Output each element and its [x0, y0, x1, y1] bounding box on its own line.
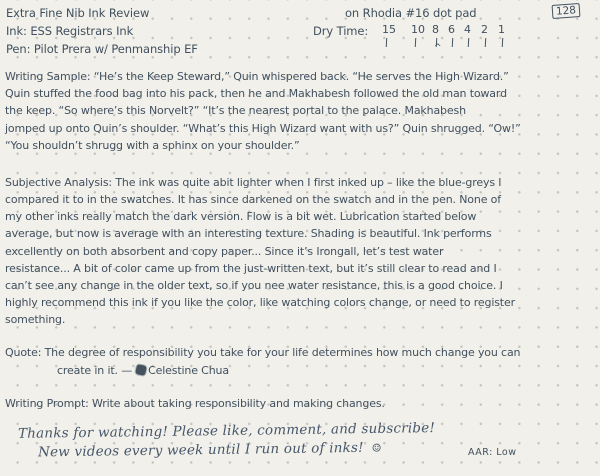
dry-time-value: 15	[382, 23, 396, 36]
quote-line-prefix: create in it. —	[57, 364, 132, 377]
writing-prompt-line: Writing Prompt: Write about taking respo…	[5, 397, 385, 410]
notebook-page: Extra Fine Nib Ink Review Ink: ESS Regis…	[0, 0, 600, 476]
page-number-badge: 128	[552, 3, 581, 19]
tick-mark-icon	[386, 38, 388, 47]
closing-line-1: Thanks for watching! Please like, commen…	[18, 420, 435, 442]
analysis-line: resistance... A bit of color came up fro…	[5, 262, 497, 275]
quote-attribution-line: create in it. —Celestine Chua	[57, 364, 229, 377]
analysis-line: excellently on both absorbent and copy p…	[5, 245, 443, 258]
closing-line-2: New videos every week until I run out of…	[38, 440, 382, 461]
dry-time-value: 4	[464, 23, 471, 36]
analysis-line: something.	[5, 313, 65, 326]
smiley-icon: ☺	[364, 442, 382, 455]
dry-time-mark: 1	[498, 23, 514, 47]
analysis-line: can’t see any change in the older text, …	[5, 279, 503, 292]
writing-sample-line: “You shouldn’t shrugg with a sphinx on y…	[5, 139, 300, 152]
tick-mark-icon	[415, 38, 417, 47]
tick-mark-icon	[502, 38, 504, 47]
tick-mark-icon	[468, 38, 470, 47]
dry-time-mark: 6	[448, 23, 464, 47]
analysis-line: compared it to in the swatches. It has s…	[5, 193, 501, 206]
quote-attribution: Celestine Chua	[148, 364, 229, 377]
dry-time-value: 8	[432, 23, 439, 36]
analysis-line: highly recommend this ink if you like th…	[5, 296, 515, 309]
writing-sample-line: jomped up onto Quin’s shoulder. “What’s …	[5, 122, 521, 135]
pen-line: Pen: Pilot Prera w/ Penmanship EF	[6, 42, 198, 56]
dry-time-mark: 10	[411, 23, 432, 47]
writing-sample-line: the keep. “So where’s this Norvelt?” “It…	[5, 104, 466, 117]
tick-mark-icon	[485, 38, 487, 47]
writing-sample-line: Quin stuffed the food bag into his pack,…	[5, 87, 507, 100]
aar-note: AAR: Low	[468, 447, 517, 458]
dry-time-label: Dry Time:	[313, 24, 368, 38]
dry-time-value: 2	[481, 23, 488, 36]
caret-annotation: ^	[434, 43, 442, 53]
scribbled-out-mark	[135, 364, 147, 376]
paper-line: on Rhodia #16 dot pad	[345, 6, 476, 20]
analysis-line: my other inks really match the dark vers…	[5, 210, 476, 223]
dry-time-mark: 4	[464, 23, 481, 47]
closing-line-2-text: New videos every week until I run out of…	[38, 440, 364, 461]
dry-time-mark: 2	[481, 23, 498, 47]
analysis-line: Subjective Analysis: The ink was quite a…	[5, 176, 501, 189]
writing-sample-line: Writing Sample: “He’s the Keep Steward,”…	[5, 70, 509, 83]
dry-time-value: 6	[448, 23, 455, 36]
dry-time-mark: 15	[382, 23, 411, 47]
dry-time-scale: 15 10 8 6 4 2 1	[382, 23, 514, 47]
quote-line: Quote: The degree of responsibility you …	[5, 346, 520, 359]
dry-time-value: 1	[498, 23, 505, 36]
page-title: Extra Fine Nib Ink Review	[6, 6, 149, 20]
analysis-line: average, but now is average with an inte…	[5, 227, 492, 240]
tick-mark-icon	[452, 38, 454, 47]
ink-line: Ink: ESS Registrars Ink	[6, 24, 133, 38]
dry-time-value: 10	[411, 23, 425, 36]
